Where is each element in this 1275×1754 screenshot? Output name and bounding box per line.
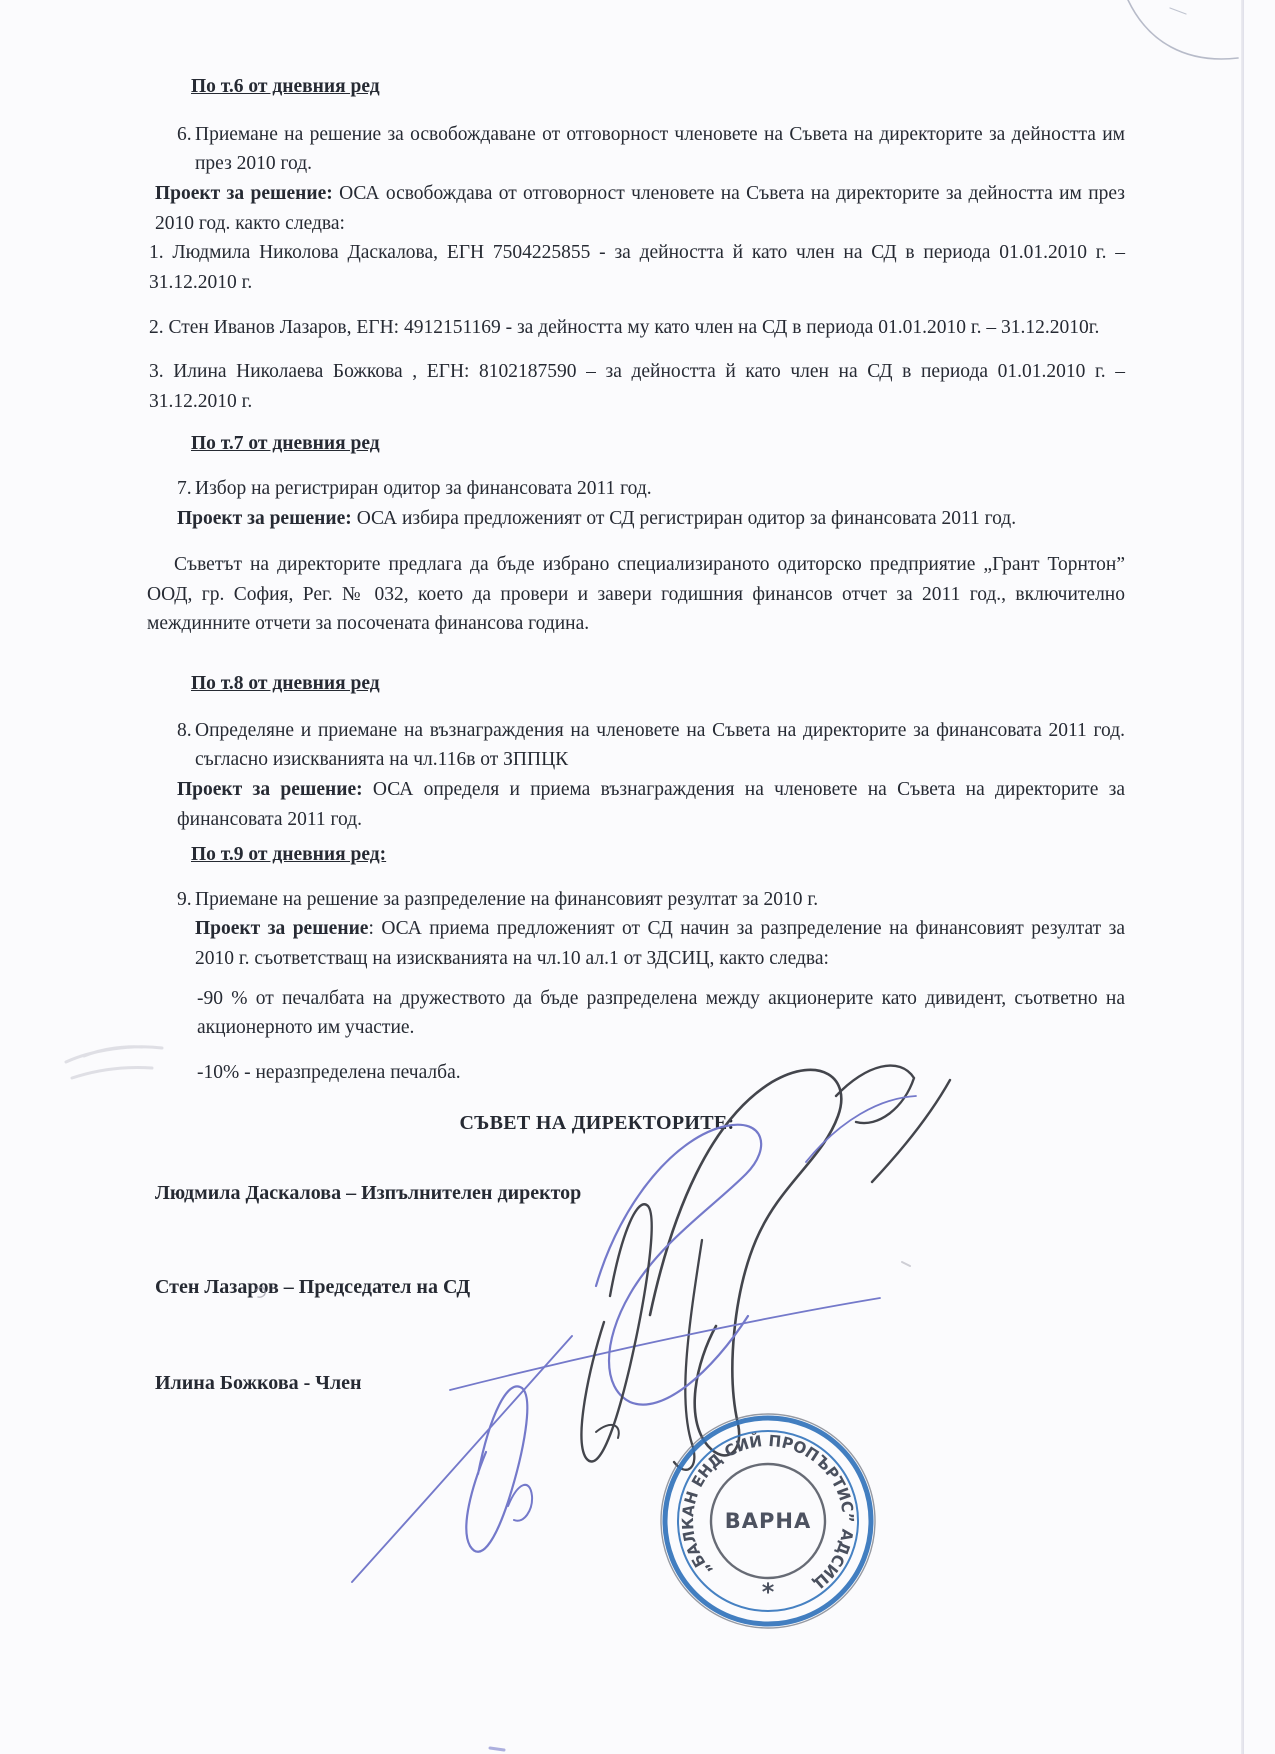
member-1: 1. Людмила Николова Даскалова, ЕГН 75042…: [149, 238, 1125, 297]
agenda-item-8: 8. Определяне и приемане на възнагражден…: [177, 716, 1125, 775]
signer-bozhkova: Илина Божкова - Член: [155, 1368, 1125, 1398]
agenda-item-7: 7. Избор на регистриран одитор за финанс…: [177, 474, 1125, 504]
item-9-number: 9.: [177, 885, 193, 974]
section-8-heading: По т.8 от дневния ред: [191, 669, 1125, 699]
seal-inner-ring: [711, 1464, 825, 1578]
scanned-document-page: По т.6 от дневния ред 6. Приемане на реш…: [0, 0, 1275, 1754]
decision-8-label: Проект за решение:: [177, 779, 363, 800]
paper-edge-shadow: [1241, 0, 1244, 1754]
section-9-heading: По т.9 от дневния ред:: [191, 840, 1125, 870]
auditor-proposal-paragraph: Съветът на директорите предлага да бъде …: [147, 550, 1125, 639]
decision-6-label: Проект за решение:: [155, 183, 333, 204]
pen-arc-top-right: [1128, 0, 1238, 59]
decision-6: Проект за решение: ОСА освобождава от от…: [155, 179, 1125, 238]
blue-mark-bottom: [490, 1748, 504, 1750]
decision-7-label: Проект за решение:: [177, 508, 352, 529]
agenda-item-9: 9. Приемане на решение за разпределение …: [177, 885, 1125, 974]
distribution-bullets: -90 % от печалбата на дружеството да бъд…: [155, 984, 1125, 1088]
seal-outer-ring: [665, 1418, 871, 1624]
decision-7: Проект за решение: ОСА избира предложени…: [177, 504, 1125, 534]
item-9-block: Приемане на решение за разпределение на …: [195, 885, 1125, 974]
board-title: СЪВЕТ НА ДИРЕКТОРИТЕ:: [155, 1108, 1125, 1138]
decision-8: Проект за решение: ОСА определя и приема…: [177, 775, 1125, 834]
signer-lazarov: Стен Лазаров – Председател на СД: [155, 1272, 1125, 1302]
item-6-number: 6.: [177, 120, 193, 179]
agenda-item-6: 6. Приемане на решение за освобождаване …: [177, 120, 1125, 179]
item-9-text: Приемане на решение за разпределение на …: [195, 889, 818, 910]
section-7-heading: По т.7 от дневния ред: [191, 429, 1125, 459]
bullet-90-percent: -90 % от печалбата на дружеството да бъд…: [197, 984, 1125, 1043]
members-list: 1. Людмила Николова Даскалова, ЕГН 75042…: [155, 238, 1125, 416]
item-6-text: Приемане на решение за освобождаване от …: [195, 120, 1125, 179]
item-7-number: 7.: [177, 474, 193, 504]
signer-daskalova: Людмила Даскалова – Изпълнителен директо…: [155, 1178, 1125, 1208]
member-3: 3. Илина Николаева Божкова , ЕГН: 810218…: [149, 357, 1125, 416]
seal-outer-gray-ring: [661, 1414, 875, 1628]
document-body: По т.6 от дневния ред 6. Приемане на реш…: [155, 72, 1125, 1398]
seal-star: *: [762, 1578, 775, 1606]
seal-middle-ring: [678, 1431, 858, 1611]
pencil-smudge-left: [66, 1047, 162, 1078]
decision-9-label: Проект за решение: [195, 918, 368, 939]
item-8-number: 8.: [177, 716, 193, 775]
member-2: 2. Стен Иванов Лазаров, ЕГН: 4912151169 …: [149, 313, 1125, 343]
item-7-text: Избор на регистриран одитор за финансова…: [195, 474, 1125, 504]
seal-ring-text: „БАЛКАН ЕНД СИЙ ПРОПЪРТИС” АДСИЦ: [679, 1431, 857, 1592]
company-seal-stamp: „БАЛКАН ЕНД СИЙ ПРОПЪРТИС” АДСИЦ ВАРНА *: [658, 1411, 878, 1631]
seal-center-city: ВАРНА: [725, 1509, 811, 1533]
bullet-10-percent: -10% - неразпределена печалба.: [197, 1058, 1125, 1088]
item-8-text: Определяне и приемане на възнаграждения …: [195, 716, 1125, 775]
decision-7-text: ОСА избира предложеният от СД регистрира…: [357, 508, 1016, 529]
section-6-heading: По т.6 от дневния ред: [191, 72, 1125, 102]
